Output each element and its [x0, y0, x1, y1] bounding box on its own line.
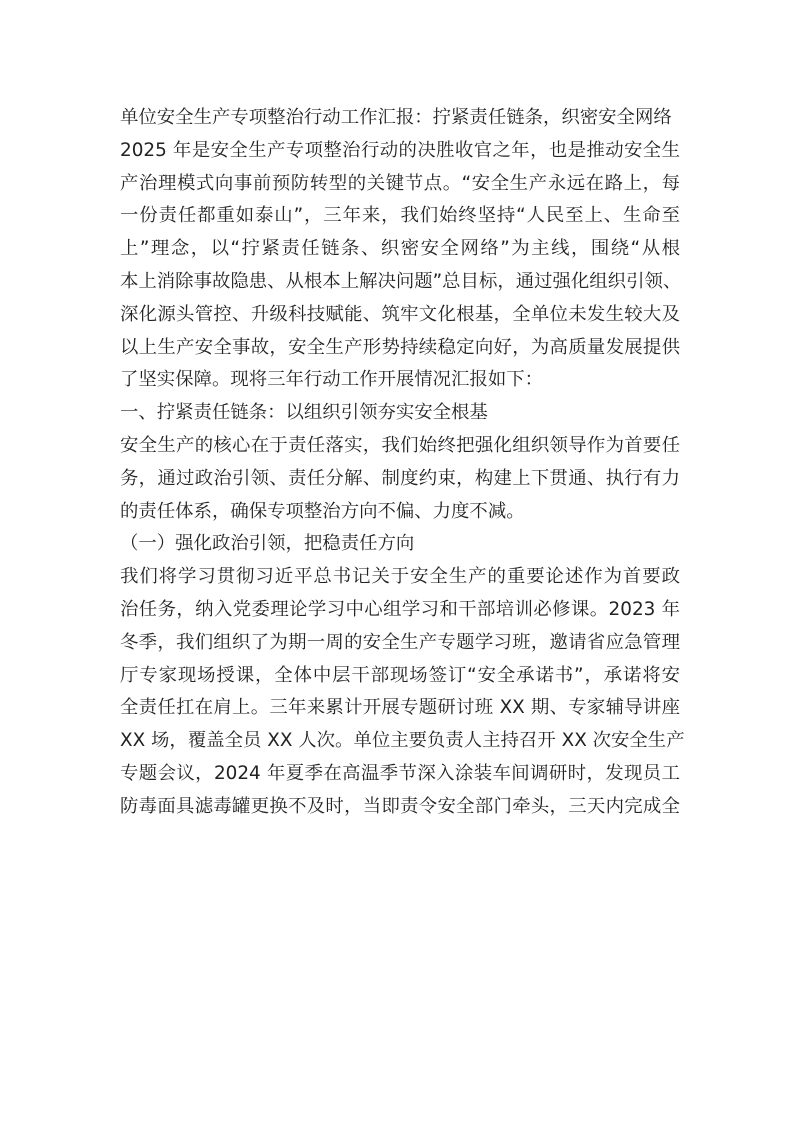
paragraph-line: 以上生产安全事故，安全生产形势持续稳定向好，为高质量发展提供 [120, 332, 680, 365]
section-heading-1: 一、拧紧责任链条：以组织引领夯实安全根基 [120, 397, 680, 430]
paragraph-line: 治任务，纳入党委理论学习中心组学习和干部培训必修课。2023 年 [120, 594, 680, 627]
document-body: 单位安全生产专项整治行动工作汇报：拧紧责任链条，织密安全网络 2025 年是安全… [120, 102, 680, 824]
paragraph-line: 了坚实保障。现将三年行动工作开展情况汇报如下： [120, 364, 680, 397]
paragraph-line: 专题会议，2024 年夏季在高温季节深入涂装车间调研时，发现员工 [120, 758, 680, 791]
paragraph-line: 冬季，我们组织了为期一周的安全生产专题学习班，邀请省应急管理 [120, 627, 680, 660]
paragraph-line: 上”理念，以“拧紧责任链条、织密安全网络”为主线，围绕“从根 [120, 233, 680, 266]
document-page: 单位安全生产专项整治行动工作汇报：拧紧责任链条，织密安全网络 2025 年是安全… [0, 0, 793, 1122]
paragraph-line: 厅专家现场授课，全体中层干部现场签订“安全承诺书”，承诺将安 [120, 660, 680, 693]
paragraph-line: 我们将学习贯彻习近平总书记关于安全生产的重要论述作为首要政 [120, 561, 680, 594]
paragraph-line: 深化源头管控、升级科技赋能、筑牢文化根基，全单位未发生较大及 [120, 299, 680, 332]
paragraph-line: 防毒面具滤毒罐更换不及时，当即责令安全部门牵头，三天内完成全 [120, 791, 680, 824]
paragraph-line: 2025 年是安全生产专项整治行动的决胜收官之年，也是推动安全生 [120, 135, 680, 168]
paragraph-line: 全责任扛在肩上。三年来累计开展专题研讨班 XX 期、专家辅导讲座 [120, 692, 680, 725]
paragraph-line: 务，通过政治引领、责任分解、制度约束，构建上下贯通、执行有力 [120, 463, 680, 496]
paragraph-line: 产治理模式向事前预防转型的关键节点。“安全生产永远在路上，每 [120, 168, 680, 201]
paragraph-line: 的责任体系，确保专项整治方向不偏、力度不减。 [120, 496, 680, 529]
paragraph-line: 一份责任都重如泰山”，三年来，我们始终坚持“人民至上、生命至 [120, 200, 680, 233]
paragraph-line: 安全生产的核心在于责任落实，我们始终把强化组织领导作为首要任 [120, 430, 680, 463]
document-title: 单位安全生产专项整治行动工作汇报：拧紧责任链条，织密安全网络 [120, 102, 680, 135]
section-heading-2: （一）强化政治引领，把稳责任方向 [120, 528, 680, 561]
paragraph-line: 本上消除事故隐患、从根本上解决问题”总目标，通过强化组织引领、 [120, 266, 680, 299]
paragraph-line: XX 场，覆盖全员 XX 人次。单位主要负责人主持召开 XX 次安全生产 [120, 725, 680, 758]
